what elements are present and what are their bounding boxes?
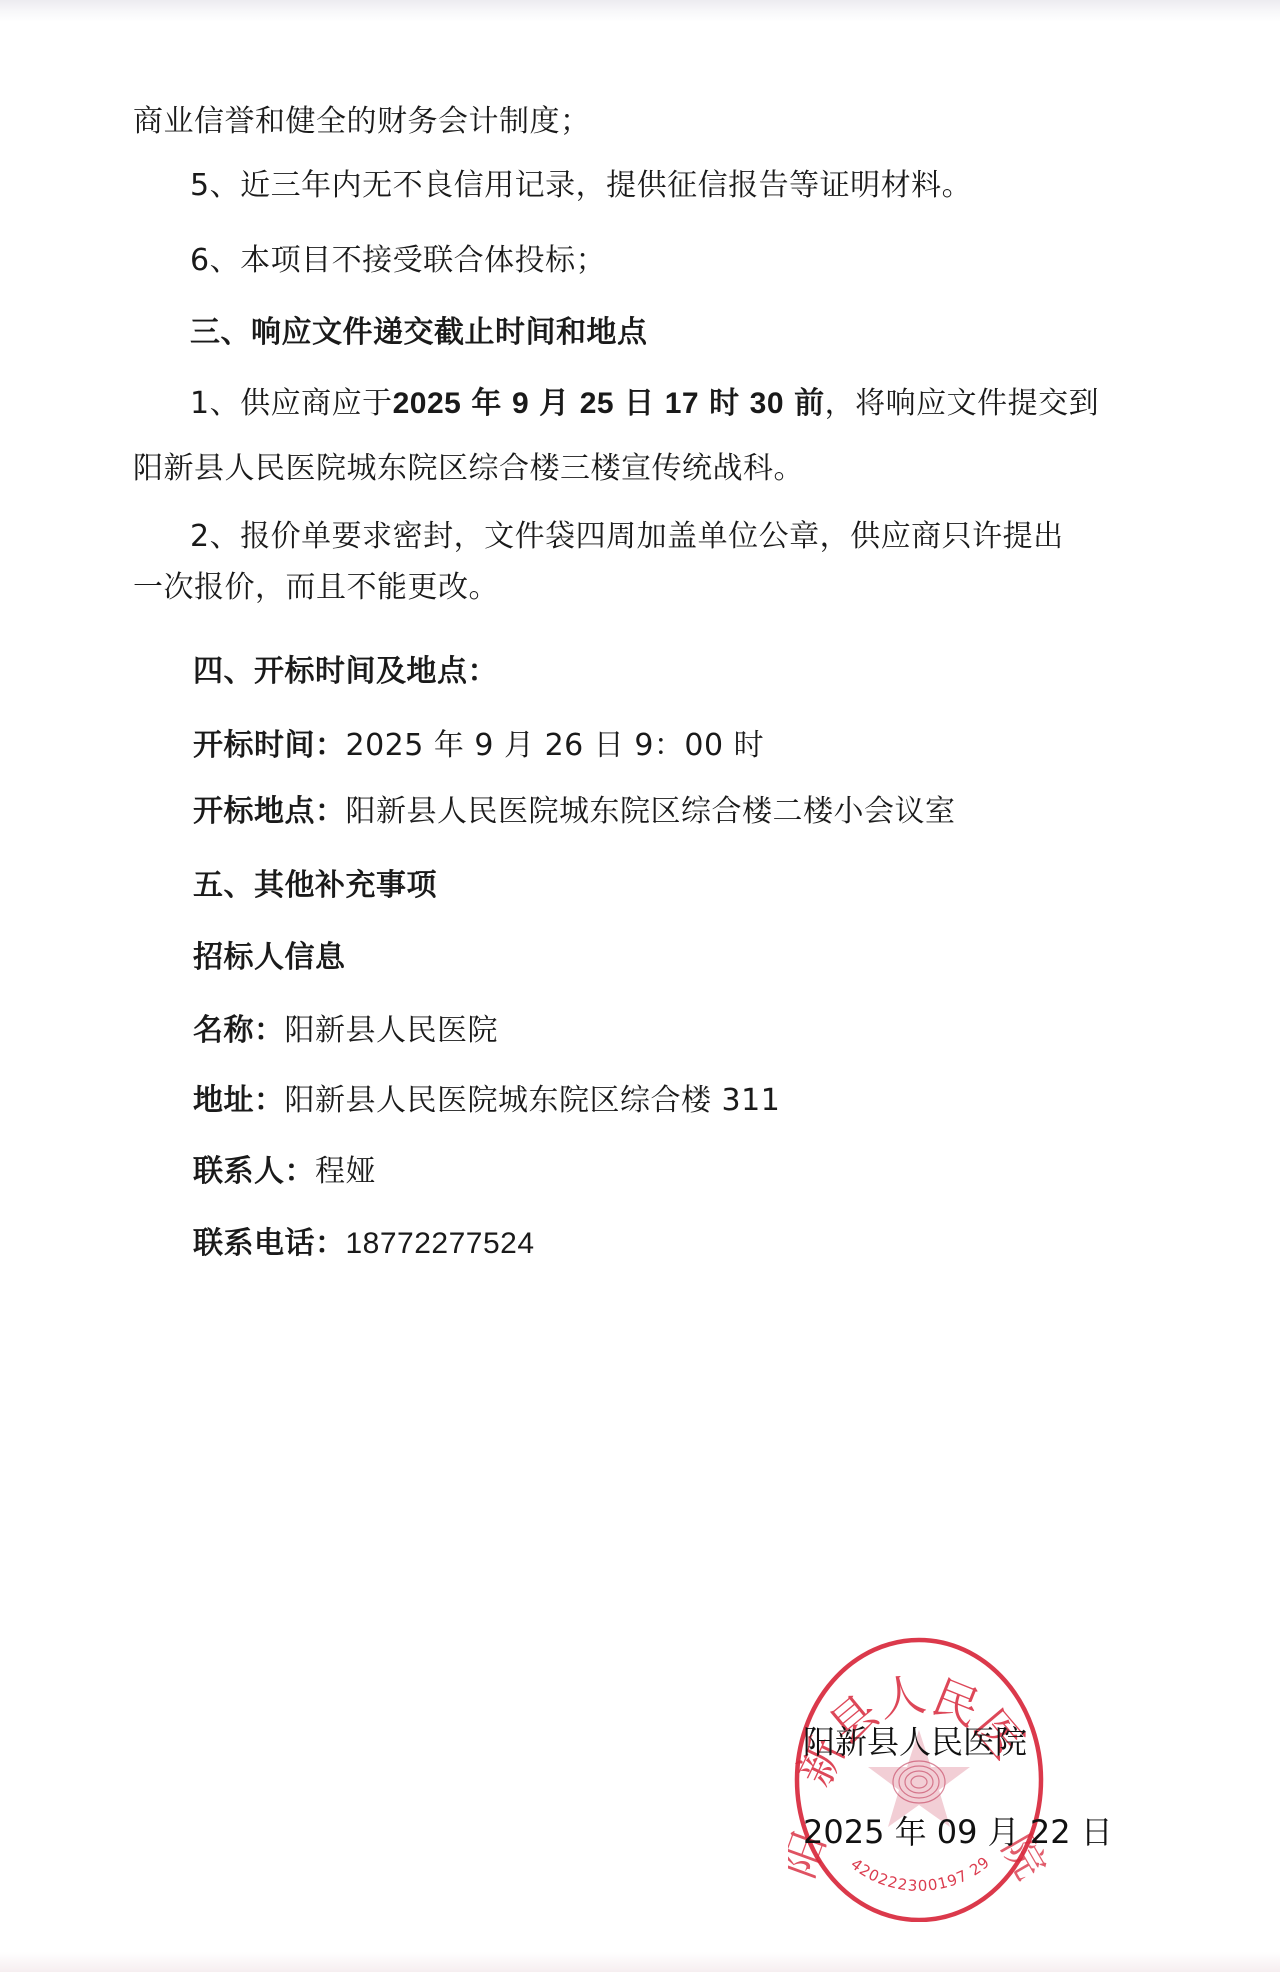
item-1-prefix: 1、供应商应于 xyxy=(190,386,393,421)
deadline-minute: 30 xyxy=(750,387,784,420)
svg-text:420222300197 29: 420222300197 29 xyxy=(847,1853,993,1895)
deadline-year: 2025 xyxy=(393,387,462,420)
section-4-heading: 四、开标时间及地点： xyxy=(193,652,498,692)
section-5-heading: 五、其他补充事项 xyxy=(193,866,437,906)
bid-opening-place-value: 阳新县人民医院城东院区综合楼二楼小会议室 xyxy=(346,794,956,829)
deadline-day-unit: 日 xyxy=(624,386,655,421)
bid-opening-time-value: 2025 年 9 月 26 日 9：00 时 xyxy=(346,728,765,763)
section-3-heading: 三、响应文件递交截止时间和地点 xyxy=(190,313,648,353)
bid-opening-time-label: 开标时间： xyxy=(193,728,346,763)
section-3-item-2-line-2: 一次报价，而且不能更改。 xyxy=(133,568,499,608)
tenderer-contact: 联系人：程娅 xyxy=(193,1152,376,1192)
item-1-suffix-before: 前 xyxy=(794,386,825,421)
deadline-month-unit: 月 xyxy=(539,386,570,421)
paragraph-item-5: 5、近三年内无不良信用记录，提供征信报告等证明材料。 xyxy=(190,166,972,206)
section-3-item-2-line-1: 2、报价单要求密封，文件袋四周加盖单位公章，供应商只许提出 xyxy=(190,517,1064,557)
tenderer-contact-value: 程娅 xyxy=(315,1154,376,1189)
bid-opening-time: 开标时间：2025 年 9 月 26 日 9：00 时 xyxy=(193,726,764,766)
signature-organization: 阳新县人民医院 xyxy=(803,1722,1027,1762)
tenderer-phone: 联系电话：18772277524 xyxy=(193,1224,535,1264)
bid-opening-place-label: 开标地点： xyxy=(193,794,346,829)
deadline-year-unit: 年 xyxy=(471,386,502,421)
official-seal-icon: 新县人民医 阳 院 420222300197 29 xyxy=(788,1630,1050,1922)
tenderer-address: 地址：阳新县人民医院城东院区综合楼 311 xyxy=(193,1081,780,1121)
tenderer-name-value: 阳新县人民医院 xyxy=(285,1013,499,1048)
section-3-item-1-line-1: 1、供应商应于2025 年 9 月 25 日 17 时 30 前，将响应文件提交… xyxy=(190,384,1099,424)
scan-bottom-edge xyxy=(0,1952,1280,1972)
deadline-hour-unit: 时 xyxy=(709,386,740,421)
section-3-item-1-line-2: 阳新县人民医院城东院区综合楼三楼宣传统战科。 xyxy=(133,449,804,489)
tenderer-contact-label: 联系人： xyxy=(193,1154,315,1189)
tenderer-address-value: 阳新县人民医院城东院区综合楼 311 xyxy=(285,1083,781,1118)
tenderer-name-label: 名称： xyxy=(193,1013,285,1048)
item-1-suffix: ，将响应文件提交到 xyxy=(825,386,1100,421)
deadline-day: 25 xyxy=(580,387,614,420)
tenderer-address-label: 地址： xyxy=(193,1083,285,1118)
deadline-hour: 17 xyxy=(665,387,699,420)
deadline-month: 9 xyxy=(512,387,529,420)
scan-top-edge xyxy=(0,0,1280,22)
tenderer-name: 名称：阳新县人民医院 xyxy=(193,1011,498,1051)
signature-date: 2025 年 09 月 22 日 xyxy=(803,1812,1113,1852)
paragraph-item-6: 6、本项目不接受联合体投标； xyxy=(190,241,606,281)
paragraph-continuation: 商业信誉和健全的财务会计制度； xyxy=(133,102,591,142)
tenderer-info-heading: 招标人信息 xyxy=(193,938,346,978)
tenderer-phone-label: 联系电话： xyxy=(193,1226,346,1261)
bid-opening-place: 开标地点：阳新县人民医院城东院区综合楼二楼小会议室 xyxy=(193,792,956,832)
tenderer-phone-value: 18772277524 xyxy=(346,1227,535,1260)
